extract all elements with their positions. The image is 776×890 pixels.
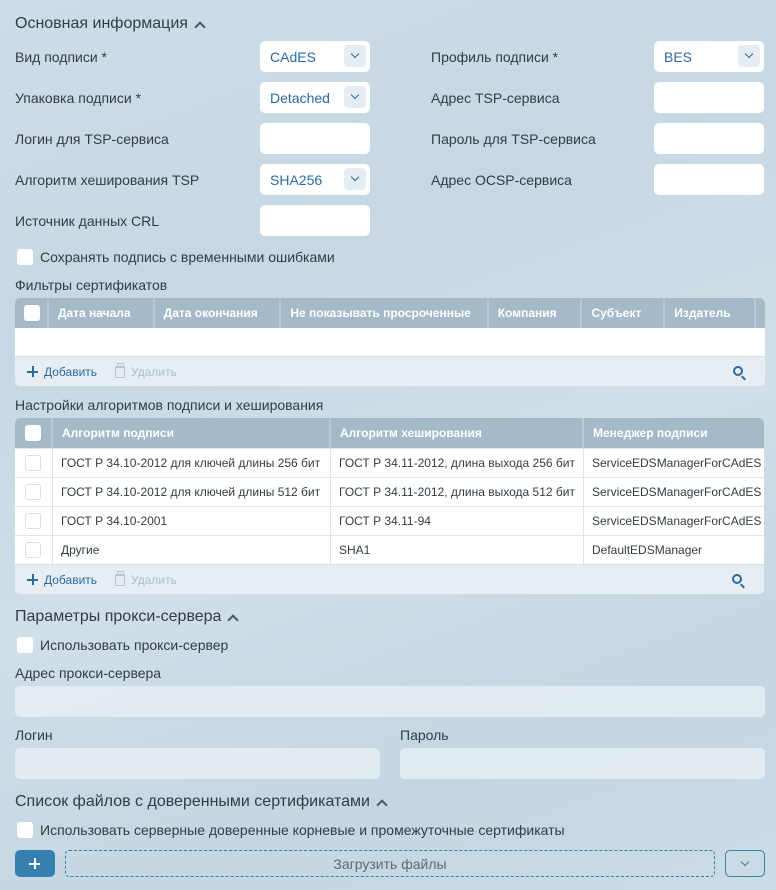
plus-icon xyxy=(27,574,38,585)
upload-files-dropzone[interactable]: Загрузить файлы xyxy=(65,850,715,877)
chevron-down-icon[interactable] xyxy=(725,850,765,877)
table-cell: ServiceEDSManagerForCAdES xyxy=(584,449,764,477)
search-icon[interactable] xyxy=(733,366,743,376)
grid-body: ГОСТ Р 34.10-2012 для ключей длины 256 б… xyxy=(15,448,764,564)
table-cell: SHA1 xyxy=(331,536,584,564)
cert-filters-title: Фильтры сертификатов xyxy=(15,277,167,293)
crl-source-input[interactable] xyxy=(260,205,370,236)
proxy-address-input[interactable] xyxy=(15,686,765,717)
column-header[interactable]: Дата окончания xyxy=(155,298,282,328)
proxy-address-label: Адрес прокси-сервера xyxy=(15,665,161,681)
chevron-down-icon[interactable] xyxy=(344,45,366,67)
table-cell: Другие xyxy=(53,536,331,564)
tsp-address-input[interactable] xyxy=(654,82,764,113)
signature-type-select[interactable]: CAdES xyxy=(260,41,370,72)
row-checkbox[interactable] xyxy=(25,484,41,500)
column-header[interactable]: Алгоритм хеширования xyxy=(331,418,584,448)
main-section-header[interactable]: Основная информация xyxy=(15,15,204,33)
grid-header: Алгоритм подписи Алгоритм хеширования Ме… xyxy=(15,418,764,448)
trash-icon xyxy=(115,574,125,586)
column-header[interactable]: Субъект xyxy=(582,298,665,328)
row-checkbox[interactable] xyxy=(25,455,41,471)
grid-header: Дата начала Дата окончания Не показывать… xyxy=(15,298,765,328)
tsp-password-label: Пароль для TSP-сервиса xyxy=(431,131,596,147)
proxy-login-input[interactable] xyxy=(15,748,380,779)
search-icon[interactable] xyxy=(732,574,742,584)
table-row[interactable]: ГОСТ Р 34.10-2001ГОСТ Р 34.11-94ServiceE… xyxy=(15,506,764,535)
signature-type-value: CAdES xyxy=(270,49,316,65)
add-file-button[interactable] xyxy=(15,850,55,877)
tsp-address-label: Адрес TSP-сервиса xyxy=(431,90,559,106)
algorithms-grid: Алгоритм подписи Алгоритм хеширования Ме… xyxy=(15,418,764,594)
ocsp-address-input[interactable] xyxy=(654,164,764,195)
trusted-section-title: Список файлов с доверенными сертификатам… xyxy=(15,793,370,811)
column-header[interactable]: Издатель xyxy=(665,298,756,328)
table-cell: DefaultEDSManager xyxy=(584,536,764,564)
delete-algorithm-button[interactable]: Удалить xyxy=(115,573,177,587)
table-cell: ServiceEDSManagerForCAdES xyxy=(584,478,764,506)
upload-label: Загрузить файлы xyxy=(333,856,446,872)
table-row[interactable]: ГОСТ Р 34.10-2012 для ключей длины 256 б… xyxy=(15,448,764,477)
table-cell: ГОСТ Р 34.10-2012 для ключей длины 512 б… xyxy=(53,478,331,506)
add-filter-button[interactable]: Добавить xyxy=(27,365,97,379)
proxy-password-input[interactable] xyxy=(400,748,765,779)
proxy-section-header[interactable]: Параметры прокси-сервера xyxy=(15,608,237,626)
empty-grid-body xyxy=(15,328,765,356)
chevron-down-icon[interactable] xyxy=(344,168,366,190)
tsp-hash-value: SHA256 xyxy=(270,172,322,188)
proxy-login-label: Логин xyxy=(15,727,53,743)
delete-filter-button[interactable]: Удалить xyxy=(115,365,177,379)
row-checkbox[interactable] xyxy=(25,542,41,558)
signature-profile-value: BES xyxy=(664,49,692,65)
column-header[interactable]: Компания xyxy=(489,298,583,328)
cert-filters-grid: Дата начала Дата окончания Не показывать… xyxy=(15,298,765,386)
use-proxy-label[interactable]: Использовать прокси-сервер xyxy=(40,637,228,653)
select-all-checkbox[interactable] xyxy=(24,305,40,321)
table-cell: ГОСТ Р 34.10-2001 xyxy=(53,507,331,535)
add-label: Добавить xyxy=(44,365,97,379)
use-proxy-checkbox[interactable] xyxy=(17,637,33,653)
chevron-up-icon xyxy=(376,799,387,810)
column-header[interactable]: Дата начала xyxy=(49,298,155,328)
column-header[interactable]: Не показывать просроченные xyxy=(281,298,488,328)
tsp-hash-select[interactable]: SHA256 xyxy=(260,164,370,195)
crl-source-label: Источник данных CRL xyxy=(15,213,159,229)
add-label: Добавить xyxy=(44,573,97,587)
signature-type-label: Вид подписи * xyxy=(15,49,107,65)
signature-packing-label: Упаковка подписи * xyxy=(15,90,141,106)
plus-icon xyxy=(27,366,38,377)
use-server-certs-label[interactable]: Использовать серверные доверенные корнев… xyxy=(40,822,565,838)
signature-packing-select[interactable]: Detached xyxy=(260,82,370,113)
tsp-login-input[interactable] xyxy=(260,123,370,154)
add-algorithm-button[interactable]: Добавить xyxy=(27,573,97,587)
ocsp-address-label: Адрес OCSP-сервиса xyxy=(431,172,572,188)
chevron-down-icon[interactable] xyxy=(738,45,760,67)
chevron-down-icon[interactable] xyxy=(344,86,366,108)
chevron-up-icon xyxy=(228,614,239,625)
proxy-section-title: Параметры прокси-сервера xyxy=(15,608,221,626)
delete-label: Удалить xyxy=(131,573,177,587)
chevron-up-icon xyxy=(194,21,205,32)
signature-packing-value: Detached xyxy=(270,90,330,106)
column-header[interactable]: Менеджер подписи xyxy=(584,418,764,448)
grid-toolbar: Добавить Удалить xyxy=(15,564,764,594)
table-cell: ГОСТ Р 34.11-2012, длина выхода 512 бит xyxy=(331,478,584,506)
proxy-password-label: Пароль xyxy=(400,727,449,743)
table-row[interactable]: ГОСТ Р 34.10-2012 для ключей длины 512 б… xyxy=(15,477,764,506)
tsp-password-input[interactable] xyxy=(654,123,764,154)
delete-label: Удалить xyxy=(131,365,177,379)
table-cell: ГОСТ Р 34.11-2012, длина выхода 256 бит xyxy=(331,449,584,477)
row-checkbox[interactable] xyxy=(25,513,41,529)
main-section-title: Основная информация xyxy=(15,15,188,33)
save-with-errors-label[interactable]: Сохранять подпись с временными ошибками xyxy=(40,249,335,265)
column-header[interactable]: Алгоритм подписи xyxy=(53,418,331,448)
table-cell: ServiceEDSManagerForCAdES xyxy=(584,507,764,535)
signature-profile-label: Профиль подписи * xyxy=(431,49,558,65)
tsp-hash-label: Алгоритм хеширования TSP xyxy=(15,172,199,188)
tsp-login-label: Логин для TSP-сервиса xyxy=(15,131,169,147)
save-with-errors-checkbox[interactable] xyxy=(17,249,33,265)
table-cell: ГОСТ Р 34.10-2012 для ключей длины 256 б… xyxy=(53,449,331,477)
grid-toolbar: Добавить Удалить xyxy=(15,356,765,386)
table-row[interactable]: ДругиеSHA1DefaultEDSManager xyxy=(15,535,764,564)
use-server-certs-checkbox[interactable] xyxy=(17,822,33,838)
trash-icon xyxy=(115,366,125,378)
trusted-section-header[interactable]: Список файлов с доверенными сертификатам… xyxy=(15,793,386,811)
select-all-checkbox[interactable] xyxy=(25,425,41,441)
table-cell: ГОСТ Р 34.11-94 xyxy=(331,507,584,535)
signature-profile-select[interactable]: BES xyxy=(654,41,764,72)
algorithms-title: Настройки алгоритмов подписи и хеширован… xyxy=(15,397,323,413)
